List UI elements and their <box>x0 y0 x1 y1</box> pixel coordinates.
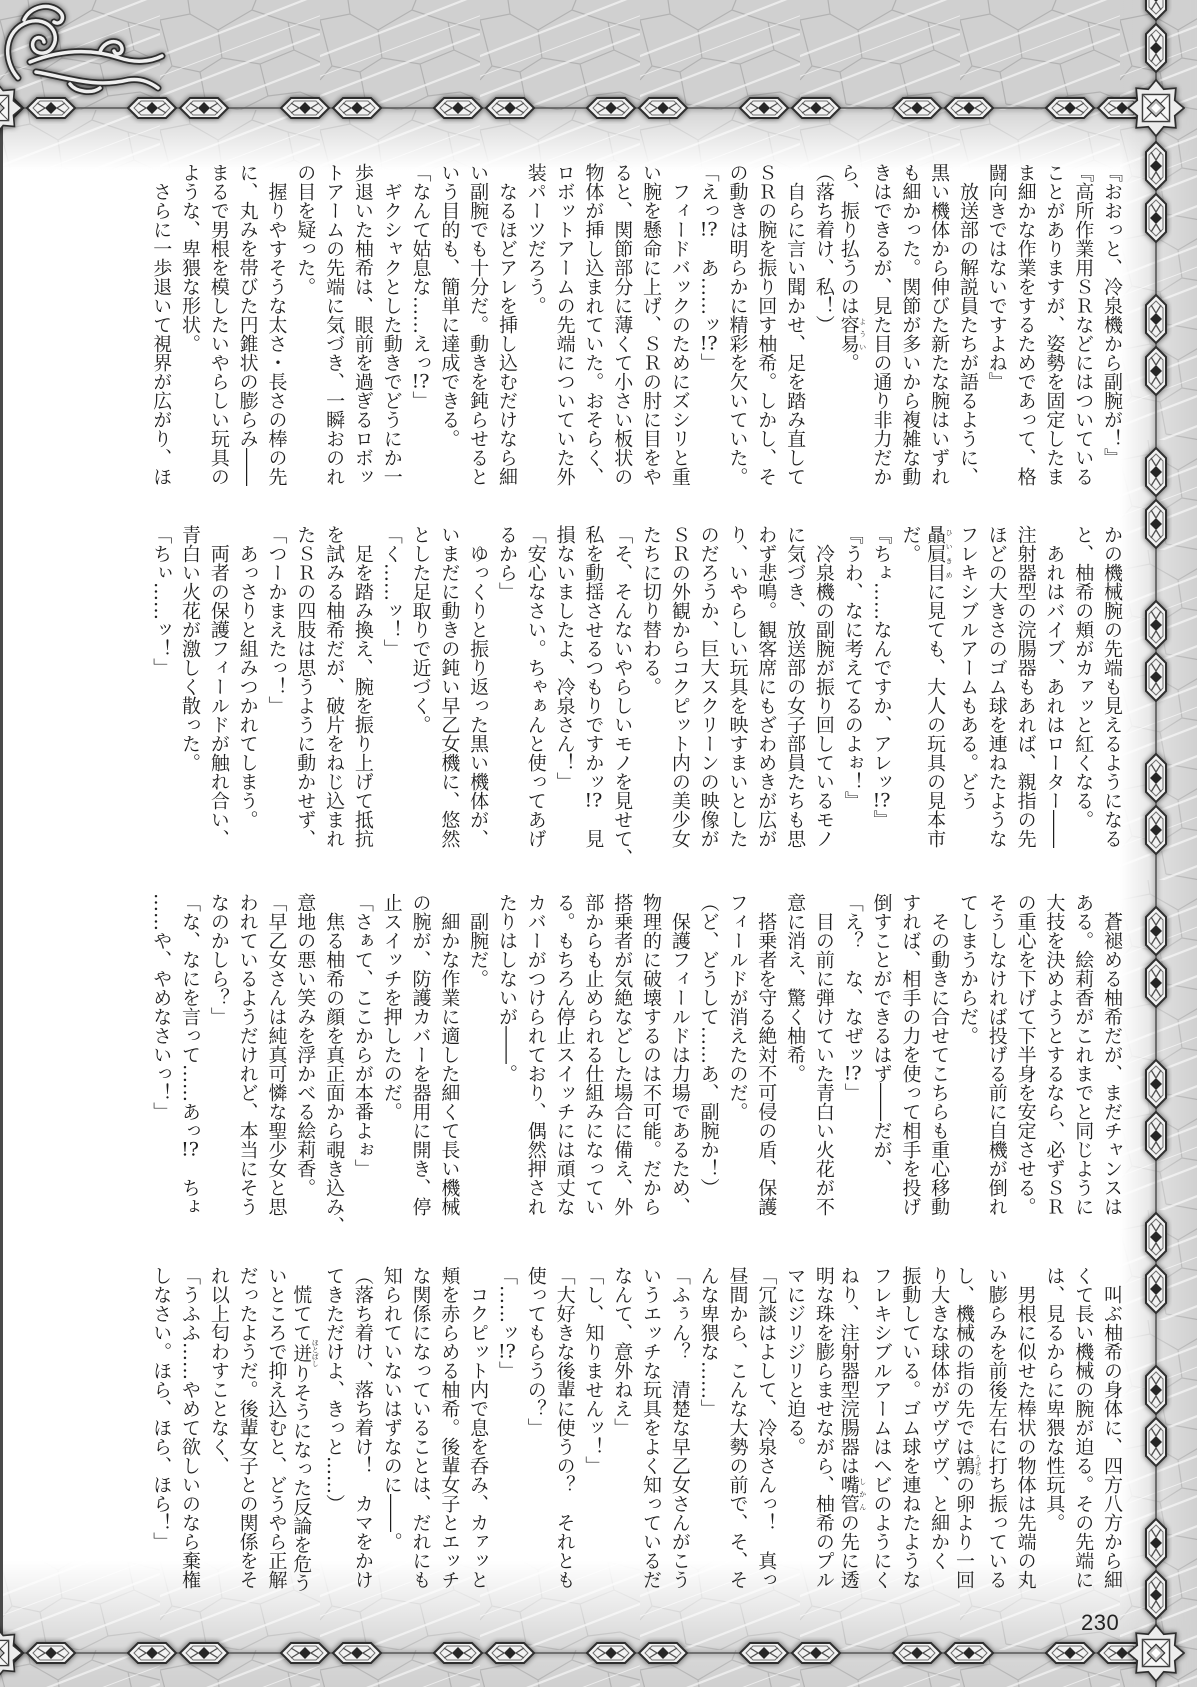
text-column: 『おおっと、冷泉機から副腕が！』 <box>1097 163 1126 486</box>
text-column: 意に消え、驚く柚希。 <box>780 893 809 1216</box>
text-column: たＳＲの四肢は思うように動かせず、 <box>290 525 319 848</box>
text-column: 「ふぅん？ 清楚な早乙女さんがこう <box>665 1266 694 1589</box>
text-column: ら、振り払うのは容易ようい。 <box>838 163 867 486</box>
text-column: きはできるが、見た目の通り非力だか <box>867 163 896 486</box>
text-column: 「冗談はよして、冷泉さんっ！ 真っ <box>751 1266 780 1589</box>
text-column: ゆっくりと振り返った黒い機体が、 <box>463 525 492 848</box>
text-column: 「し、知りませんッ！」 <box>579 1266 608 1589</box>
text-column: われているようだけれど、本当にそう <box>233 893 262 1216</box>
text-column: 搭乗者を守る絶対不可侵の盾、保護 <box>751 893 780 1216</box>
text-column: 「な、なにを言って……あっ!? ちょ <box>175 893 204 1216</box>
text-column: いまだに動きの鈍い早乙女機に、悠然 <box>435 525 464 848</box>
text-column: 「うふふ……やめて欲しいのなら棄権 <box>175 1266 204 1589</box>
text-column: コクピット内で息を呑み、カァッと <box>463 1266 492 1589</box>
text-column: は、見るからに卑猥な性玩具。 <box>1040 1266 1069 1589</box>
text-column: の重心を下げて下半身を安定させる。 <box>1011 893 1040 1216</box>
text-column: たりはしないが――。 <box>492 893 521 1216</box>
text-column: 叫ぶ柚希の身体に、四方八方から細 <box>1097 1266 1126 1589</box>
top-left-snowflake-icon <box>0 82 22 134</box>
text-column: フレキシブルアームはヘビのようにく <box>867 1266 896 1589</box>
text-column: い副腕でも十分だ。動きを鈍らせると <box>463 163 492 486</box>
text-column: 放送部の解説員たちが語るように、 <box>953 163 982 486</box>
text-column: 蒼褪める柚希だが、まだチャンスは <box>1097 893 1126 1216</box>
text-column: たちに切り替わる。 <box>636 525 665 848</box>
text-column: 歩退いた柚希は、眼前を過ぎるロボッ <box>348 163 377 486</box>
text-column: 振動している。ゴム球を連ねたような <box>896 1266 925 1589</box>
text-column: 倒すことができるはず――だが、 <box>867 893 896 1216</box>
text-column: 「く……ッ！」 <box>377 525 406 848</box>
text-column: 明な珠を膨らませながら、柚希のプル <box>809 1266 838 1589</box>
text-column: り大きな球体がヴヴヴヴ、と細かく <box>924 1266 953 1589</box>
text-column: 装パーツだろう。 <box>521 163 550 486</box>
text-column: い腕を懸命に上げ、ＳＲの肘に目をや <box>636 163 665 486</box>
text-column: 「そ、そんないやらしいモノを見せて、 <box>607 525 636 848</box>
acanthus-scroll-ornament <box>8 6 162 91</box>
text-column: 足を踏み換え、腕を振り上げて抵抗 <box>348 525 377 848</box>
text-column: フレキシブルアームもある。どう <box>953 525 982 848</box>
text-column: 搭乗者が気絶などした場合に備え、外 <box>607 893 636 1216</box>
text-column: 両者の保護フィールドが触れ合い、 <box>204 525 233 848</box>
text-column: まるで男根を模したいやらしい玩具の <box>204 163 233 486</box>
bottom-left-snowflake-icon <box>0 1627 22 1679</box>
text-column: 損ないましたよ、冷泉さん！」 <box>550 525 579 848</box>
bottom-right-snowflake-icon <box>1128 1625 1184 1681</box>
text-column: いう目的も、簡単に達成できる。 <box>435 163 464 486</box>
text-column: 物体が挿し込まれていた。おそらく、 <box>579 163 608 486</box>
text-column: いところで抑え込むと、どうやら正解 <box>262 1266 291 1589</box>
text-column: 『うわ、なに考えてるのよぉ！』 <box>838 525 867 848</box>
text-column: 目の前に弾けていた青白い火花が不 <box>809 893 838 1216</box>
text-column: 副腕だ。 <box>463 893 492 1216</box>
text-column: い膨らみを前後左右に打ち振っている <box>982 1266 1011 1589</box>
text-column: 「ちぃ……ッ！」 <box>146 525 175 848</box>
text-column: を試みる柚希だが、破片をねじ込まれ <box>319 525 348 848</box>
text-column: 使ってもらうの？」 <box>521 1266 550 1589</box>
text-column: 「さぁて、ここからが本番よぉ」 <box>348 893 377 1216</box>
text-column: 自らに言い聞かせ、足を踏み直して <box>780 163 809 486</box>
text-column: 「つーかまえたっ！」 <box>262 525 291 848</box>
text-column: 「えっ!? あ……ッ!?」 <box>694 163 723 486</box>
text-column: 「……ッ!?」 <box>492 1266 521 1589</box>
text-column: ロボットアームの先端についていた外 <box>550 163 579 486</box>
text-column: に、丸みを帯びた円錐状の膨らみ―― <box>233 163 262 486</box>
text-column: フィールドが消えたのだ。 <box>723 893 752 1216</box>
text-column: ある。絵莉香がこれまでと同じように <box>1068 893 1097 1216</box>
text-column: ねり、注射器型浣腸器は嘴管しかんの先に透 <box>838 1266 867 1589</box>
text-column: マにジリジリと迫る。 <box>780 1266 809 1589</box>
text-column: （落ち着け、私！） <box>809 163 838 486</box>
text-column: あれはバイブ、あれはローター―― <box>1040 525 1069 848</box>
text-column: 焦る柚希の顔を真正面から覗き込み、 <box>319 893 348 1216</box>
right-chain-pillar <box>1146 0 1166 1687</box>
text-column: 冷泉機の副腕が振り回しているモノ <box>809 525 838 848</box>
text-column: ＳＲの腕を振り回す柚希。しかし、そ <box>751 163 780 486</box>
text-column: なるほどアレを挿し込むだけなら細 <box>492 163 521 486</box>
text-column: の腕が、防護カバーを器用に開き、停 <box>406 893 435 1216</box>
text-column: に気づき、放送部の女子部員たちも思 <box>780 525 809 848</box>
text-column: あっさりと組みつかれてしまう。 <box>233 525 262 848</box>
text-column: る。もちろん停止スイッチには頑丈な <box>550 893 579 1216</box>
text-column: （ど、どうして……あ、副腕か！） <box>694 893 723 1216</box>
text-column: ような、卑猥な形状。 <box>175 163 204 486</box>
text-column: 物理的に破壊するのは不可能。だから <box>636 893 665 1216</box>
book-page: 『おおっと、冷泉機から副腕が！』 『高所作業用ＳＲなどにはついている ことがあり… <box>0 0 1197 1687</box>
text-column: ……や、やめなさいっ！」 <box>146 893 175 1216</box>
text-column: と、柚希の頬がカァッと紅くなる。 <box>1068 525 1097 848</box>
text-column: 闘向きではないですよね』 <box>982 163 1011 486</box>
text-column: 「なんて姑息な……えっ!?」 <box>406 163 435 486</box>
text-column: 保護フィールドは力場であるため、 <box>665 893 694 1216</box>
bottom-chain-border <box>0 1643 1156 1663</box>
text-column: 慌てて迸ほとばしりそうになった反論を危う <box>290 1266 319 1589</box>
text-column: てきただけよ、きっと……） <box>319 1266 348 1589</box>
top-right-snowflake-icon <box>1128 80 1184 136</box>
text-column: わず悲鳴。観客席にもざわめきが広が <box>751 525 780 848</box>
text-column: ＳＲの外観からコクピット内の美少女 <box>665 525 694 848</box>
text-column: ギクシャクとした動きでどうにか一 <box>377 163 406 486</box>
text-column: な関係になっていることは、だれにも <box>406 1266 435 1589</box>
text-column: 「大好きな後輩に使うの？ それとも <box>550 1266 579 1589</box>
text-column: 握りやすそうな太さ・長さの棒の先 <box>262 163 291 486</box>
text-column: 知られていないはずなのに――。 <box>377 1266 406 1589</box>
text-column: すれば、相手の力を使って相手を投げ <box>896 893 925 1216</box>
page-number: 230 <box>1081 1612 1119 1634</box>
text-column: 細かな作業に適した細くて長い機械 <box>435 893 464 1216</box>
text-column: んな卑猥な……」 <box>694 1266 723 1589</box>
text-column: ま細かな作業をするためであって、格 <box>1011 163 1040 486</box>
text-column: 贔屓目ひいきめに見ても、大人の玩具の見本市 <box>924 525 953 848</box>
text-column: トアームの先端に気づき、一瞬おのれ <box>319 163 348 486</box>
text-column: 青白い火花が激しく散った。 <box>175 525 204 848</box>
text-column: なのかしら？」 <box>204 893 233 1216</box>
text-column: 『高所作業用ＳＲなどにはついている <box>1068 163 1097 486</box>
text-column: そうしなければ投げる前に自機が倒れ <box>982 893 1011 1216</box>
text-column: れ以上匂わすことなく、 <box>204 1266 233 1589</box>
text-column: 「え？ な、なぜッ!?」 <box>838 893 867 1216</box>
text-column: ると、関節部分に薄くて小さい板状の <box>607 163 636 486</box>
text-column: いうエッチな玩具をよく知っているだ <box>636 1266 665 1589</box>
text-column: るから」 <box>492 525 521 848</box>
text-column: だったようだ。後輩女子との関係をそ <box>233 1266 262 1589</box>
text-column: も細かった。関節が多いから複雑な動 <box>896 163 925 486</box>
text-column: てしまうからだ。 <box>953 893 982 1216</box>
text-column: ほどの大きさのゴム球を連ねたような <box>982 525 1011 848</box>
text-column: 部からも止められる仕組みになってい <box>579 893 608 1216</box>
text-column: さらに一歩退いて視界が広がり、ほ <box>146 163 175 486</box>
text-column: り、いやらしい玩具を映すまいとした <box>723 525 752 848</box>
text-column: の目を疑った。 <box>290 163 319 486</box>
text-column: のだろうか、巨大スクリーンの映像が <box>694 525 723 848</box>
text-column: 黒い機体から伸びた新たな腕はいずれ <box>924 163 953 486</box>
text-column: ことがありますが、姿勢を固定したま <box>1040 163 1069 486</box>
text-column: くて長い機械の腕が迫る。その先端に <box>1068 1266 1097 1589</box>
text-tier-2: かの機械腕の先端も見えるようになる と、柚希の頬がカァッと紅くなる。 あれはバイ… <box>146 525 1126 848</box>
text-column: 止スイッチを押したのだ。 <box>377 893 406 1216</box>
text-tier-3: 蒼褪める柚希だが、まだチャンスは ある。絵莉香がこれまでと同じように 大技を決め… <box>146 893 1126 1216</box>
text-column: 昼間から、こんな大勢の前で、そ、そ <box>723 1266 752 1589</box>
text-column: （落ち着け、落ち着け！ カマをかけ <box>348 1266 377 1589</box>
text-column: 頬を赤らめる柚希。後輩女子とエッチ <box>435 1266 464 1589</box>
text-tier-4: 叫ぶ柚希の身体に、四方八方から細 くて長い機械の腕が迫る。その先端に は、見るか… <box>146 1266 1126 1589</box>
text-column: 男根に似せた棒状の物体は先端の丸 <box>1011 1266 1040 1589</box>
text-column: かの機械腕の先端も見えるようになる <box>1097 525 1126 848</box>
text-column: とした足取りで近づく。 <box>406 525 435 848</box>
text-column: その動きに合せてこちらも重心移動 <box>924 893 953 1216</box>
text-column: 大技を決めようとするなら、必ずＳＲ <box>1040 893 1069 1216</box>
text-column: 「安心なさい。ちゃぁんと使ってあげ <box>521 525 550 848</box>
text-column: し、機械の指の先では鶉うずらの卵より一回 <box>953 1266 982 1589</box>
text-column: の動きは明らかに精彩を欠いていた。 <box>723 163 752 486</box>
text-column: 注射器型の浣腸器もあれば、親指の先 <box>1011 525 1040 848</box>
text-column: 『ちょ……なんですか、アレッ!?』 <box>867 525 896 848</box>
text-column: フィードバックのためにズシリと重 <box>665 163 694 486</box>
top-chain-border <box>0 98 1156 118</box>
text-column: なんて、意外ねえ」 <box>607 1266 636 1589</box>
text-column: 意地の悪い笑みを浮かべる絵莉香。 <box>290 893 319 1216</box>
text-column: 「早乙女さんは純真可憐な聖少女と思 <box>262 893 291 1216</box>
text-tier-1: 『おおっと、冷泉機から副腕が！』 『高所作業用ＳＲなどにはついている ことがあり… <box>146 163 1126 486</box>
text-column: カバーがつけられており、偶然押され <box>521 893 550 1216</box>
text-column: しなさい。ほら、ほら、ほら！」 <box>146 1266 175 1589</box>
text-column: 私を動揺させるつもりですかッ!? 見 <box>579 525 608 848</box>
